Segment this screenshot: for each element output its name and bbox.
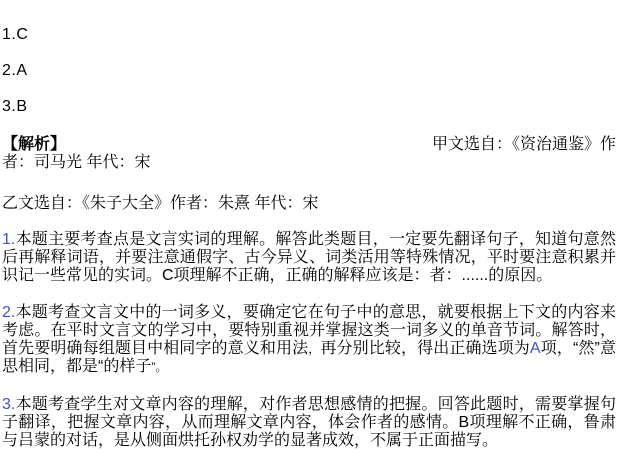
paragraph-text: 本题考查学生对文章内容的理解，对作者思想感情的把握。回答此题时，需要掌握句子翻译…	[2, 396, 616, 449]
analysis-header-row: 【解析】 甲文选自：《资治通鉴》作	[2, 136, 616, 154]
paragraph-text: 本题主要考查点是文言实词的理解。解答此类题目，一定要先翻译句子，知道句意然后再解…	[2, 231, 616, 284]
answer-item-3: 3.B	[2, 98, 616, 116]
analysis-paragraphs: 1.本题主要考查点是文言实词的理解。解答此类题目，一定要先翻译句子，知道句意然后…	[2, 231, 616, 450]
paragraph-number: 2.	[2, 304, 15, 321]
paragraph-text: ”。	[151, 360, 167, 374]
yi-source-line: 乙文选自：《朱子大全》作者：朱熹 年代：宋	[2, 195, 616, 213]
paragraph-text: 再分别比较，得出正确选项为	[320, 340, 530, 357]
answer-item-1: 1.C	[2, 26, 616, 44]
analysis-paragraph: 1.本题主要考查点是文言实词的理解。解答此类题目，一定要先翻译句子，知道句意然后…	[2, 231, 616, 285]
jia-source-line-start: 甲文选自：《资治通鉴》作	[432, 136, 616, 154]
answer-letter-highlight: A	[530, 340, 541, 357]
answer-item-2: 2.A	[2, 62, 616, 80]
paragraph-text: ，	[308, 342, 320, 356]
jia-source-line-wrap: 者：司马光 年代：宋	[2, 154, 616, 172]
analysis-paragraph: 3.本题考查学生对文章内容的理解，对作者思想感情的把握。回答此题时，需要掌握句子…	[2, 396, 616, 450]
answer-analysis-document: 1.C 2.A 3.B 【解析】 甲文选自：《资治通鉴》作 者：司马光 年代：宋…	[0, 0, 630, 473]
paragraph-number: 3.	[2, 396, 15, 413]
paragraph-number: 1.	[2, 231, 15, 248]
answer-list: 1.C 2.A 3.B	[2, 26, 616, 116]
analysis-header-label: 【解析】	[2, 136, 66, 154]
analysis-paragraph: 2.本题考查文言文中的一词多义，要确定它在句子中的意思，就要根据上下文的内容来考…	[2, 304, 616, 376]
